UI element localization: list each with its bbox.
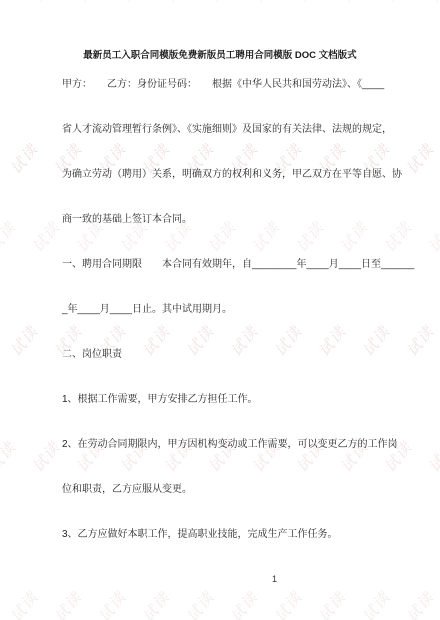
watermark-stamp: 试读 bbox=[159, 0, 196, 6]
watermark-stamp: 试读 bbox=[71, 0, 108, 6]
watermark-stamp: 试读 bbox=[335, 0, 372, 6]
doc-text-line: 3、乙方应做好本职工作，提高职业技能，完成生产工作任务。 bbox=[62, 512, 395, 557]
doc-text-line: 甲方： 乙方：身份证号码： 根据《中华人民共和国劳动法》、《____ bbox=[62, 62, 395, 107]
doc-text-line: 位和职责，乙方应服从变更。 bbox=[62, 467, 395, 512]
doc-text-line: 2、在劳动合同期限内，甲方因机构变动或工作需要，可以变更乙方的工作岗 bbox=[62, 422, 395, 467]
watermark-stamp: 试读 bbox=[115, 0, 152, 6]
watermark-stamp: 试读 bbox=[291, 0, 328, 6]
watermark-stamp: 试读 bbox=[27, 0, 64, 6]
document-page: 试读试读试读试读试读试读试读试读试读试读试读试读试读试读试读试读试读试读试读试读… bbox=[0, 0, 440, 620]
doc-text-line: 商一致的基础上签订本合同。 bbox=[62, 197, 395, 242]
watermark-stamp: 试读 bbox=[203, 0, 240, 6]
doc-text-line: 1、根据工作需要，甲方安排乙方担任工作。 bbox=[62, 377, 395, 422]
doc-text-line: 省人才流动管理暂行条例》、《实施细则》及国家的有关法律、法规的规定， bbox=[62, 107, 395, 152]
watermark-stamp: 试读 bbox=[0, 0, 21, 6]
page-number: 1 bbox=[108, 557, 440, 602]
doc-text-line: 一、聘用合同期限 本合同有效期年，自________年____月____日至__… bbox=[62, 242, 395, 287]
watermark-stamp: 试读 bbox=[247, 0, 284, 6]
document-content: 最新员工入职合同模版免费新版员工聘用合同模版 DOC 文档版式 甲方： 乙方：身… bbox=[0, 50, 440, 602]
doc-text-line: _年____月____日止。其中试用期月。 bbox=[62, 287, 395, 332]
document-title: 最新员工入职合同模版免费新版员工聘用合同模版 DOC 文档版式 bbox=[62, 50, 378, 62]
watermark-stamp: 试读 bbox=[423, 0, 440, 6]
watermark-stamp: 试读 bbox=[379, 0, 416, 6]
doc-text-line: 二、岗位职责 bbox=[62, 332, 395, 377]
doc-text-line: 为确立劳动（聘用）关系，明确双方的权利和义务，甲乙双方在平等自愿、协 bbox=[62, 152, 395, 197]
